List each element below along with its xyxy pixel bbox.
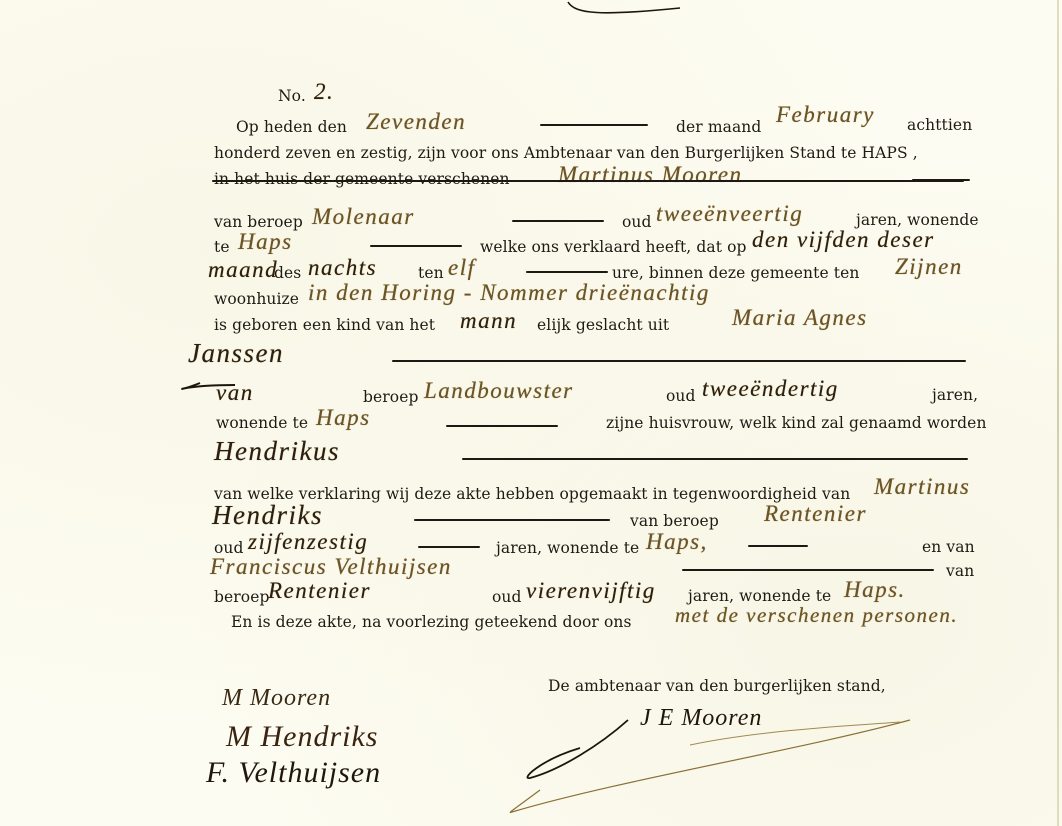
separator-line	[212, 180, 964, 182]
handwritten-place: Haps,	[646, 530, 708, 553]
text-huisvrouw: zijne huisvrouw, welk kind zal genaamd w…	[606, 416, 987, 432]
signature-declarant: M Mooren	[222, 686, 331, 710]
fill-line	[512, 220, 604, 222]
handwritten-place: Haps	[238, 230, 293, 253]
fill-line	[418, 546, 480, 548]
fill-line	[682, 569, 934, 571]
handwritten-time-of-day: nachts	[308, 256, 377, 279]
text-oud: oud	[492, 590, 522, 606]
signature-witness1: M Hendriks	[226, 722, 378, 752]
handwritten-place: Haps.	[844, 578, 906, 601]
handwritten-maand: maand	[208, 258, 278, 281]
signature-official: J E Mooren	[640, 706, 762, 730]
handwritten-occupation-witness1: Rentenier	[764, 502, 867, 525]
text-en-van: en van	[922, 540, 975, 556]
fill-line	[748, 545, 808, 547]
text-line-2: honderd zeven en zestig, zijn voor ons A…	[214, 146, 918, 162]
handwritten-declarant-name: Martinus Mooren	[558, 163, 743, 186]
handwritten-month: February	[776, 103, 875, 126]
fill-line	[414, 519, 610, 521]
fill-line	[462, 458, 968, 460]
page-edge-line	[1057, 0, 1059, 826]
handwritten-occupation-father: Molenaar	[312, 205, 415, 228]
text-der-maand: der maand	[676, 120, 761, 136]
signature-witness2: F. Velthuijsen	[206, 758, 381, 788]
text-welke-ons-verklaard: welke ons verklaard heeft, dat op	[480, 240, 747, 256]
handwritten-address: in den Horing - Nommer drieënachtig	[308, 281, 710, 304]
fill-line	[446, 425, 558, 427]
text-oud: oud	[622, 215, 652, 231]
certificate-number-value: 2.	[314, 80, 334, 103]
handwritten-age-mother: tweeëndertig	[702, 377, 839, 400]
handwritten-witness2-name: Franciscus Velthuijsen	[210, 555, 452, 578]
handwritten-mother-surname: Janssen	[188, 340, 284, 367]
handwritten-whose-house: Zijnen	[895, 255, 963, 278]
text-is-geboren: is geboren een kind van het	[214, 318, 435, 334]
text-oud: oud	[666, 389, 696, 405]
fill-line	[526, 271, 608, 273]
handwritten-age-father: tweeënveertig	[656, 202, 803, 225]
fill-line	[392, 360, 966, 362]
text-van: van	[946, 564, 974, 580]
text-te: te	[214, 240, 230, 256]
handwritten-day: Zevenden	[366, 110, 466, 133]
handwritten-van: van	[216, 381, 254, 404]
text-en-is-deze-akte: En is deze akte, na voorlezing geteekend…	[231, 615, 632, 631]
certificate-number-label: No.	[278, 89, 306, 105]
handwritten-occupation-mother: Landbouwster	[424, 379, 574, 402]
handwritten-age-witness2: vierenvijftig	[526, 579, 656, 602]
text-geslacht-uit: elijk geslacht uit	[537, 318, 669, 334]
text-achttien: achttien	[907, 118, 972, 134]
handwritten-sex: mann	[460, 309, 517, 332]
text-des: des	[274, 266, 301, 282]
handwritten-mother-first-names: Maria Agnes	[732, 306, 868, 329]
handwritten-age-witness1: zijfenzestig	[248, 530, 368, 553]
text-official-title: De ambtenaar van den burgerlijken stand,	[548, 679, 886, 695]
handwritten-hour: elf	[448, 256, 476, 279]
text-beroep: beroep	[214, 590, 270, 606]
text-van-beroep: van beroep	[630, 514, 719, 530]
handwritten-place: Haps	[316, 406, 371, 429]
text-beroep: beroep	[363, 390, 419, 406]
handwritten-witness1-surname: Hendriks	[212, 502, 323, 529]
text-wonende-te: wonende te	[216, 416, 308, 432]
handwritten-witness1-first-name: Martinus	[874, 475, 970, 498]
text-jaren-wonende-te: jaren, wonende te	[496, 541, 639, 557]
handwritten-occupation-witness2: Rentenier	[268, 579, 371, 602]
handwritten-child-name: Hendrikus	[214, 438, 340, 465]
handwritten-signed-with: met de verschenen personen.	[675, 605, 958, 626]
text-jaren: jaren,	[932, 388, 978, 404]
text-woonhuize: woonhuize	[214, 292, 299, 308]
fill-line	[540, 124, 648, 126]
fill-line	[370, 245, 462, 247]
handwritten-birth-date: den vijfden deser	[752, 228, 935, 251]
birth-certificate-page: No. 2. Op heden den Zevenden der maand F…	[0, 0, 1062, 826]
text-op-heden-den: Op heden den	[236, 120, 347, 136]
ink-flourishes	[0, 0, 1062, 826]
